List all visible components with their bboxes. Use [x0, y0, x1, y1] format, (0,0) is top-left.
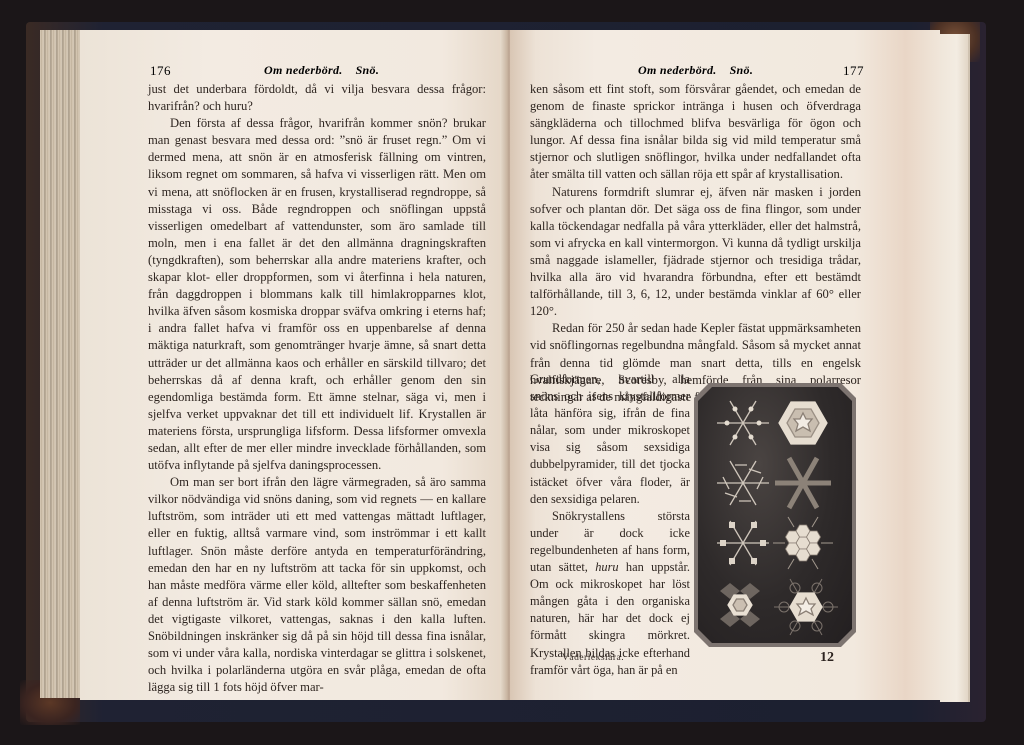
snowflake-crystals-icon — [698, 387, 852, 643]
running-head-title: Om nederbörd. — [638, 63, 717, 77]
left-page-body: just det underbara fördoldt, då vi vilja… — [148, 81, 486, 696]
footer-signature: Väderlekslära. — [562, 653, 624, 663]
right-page-number: 177 — [843, 63, 864, 79]
paragraph: just det underbara fördoldt, då vi vilja… — [148, 81, 486, 115]
running-head-title: Om nederbörd. — [264, 63, 343, 77]
left-running-head: Om nederbörd. Snö. — [264, 63, 379, 78]
paragraph: Naturens formdrift slumrar ej, äfven när… — [530, 184, 861, 321]
left-page-number: 176 — [150, 63, 171, 79]
running-head-sub: Snö. — [730, 63, 754, 77]
italic-word: huru — [595, 560, 618, 574]
footer-sheet-number: 12 — [820, 650, 834, 666]
right-page-body: ken såsom ett fint stoft, som försvårar … — [530, 81, 861, 406]
right-page-narrow-column: Grundformen, hvartill alla snöns och ise… — [530, 371, 690, 679]
page-edges-right — [940, 34, 970, 702]
running-head-sub: Snö. — [356, 63, 380, 77]
right-running-head: Om nederbörd. Snö. — [638, 63, 753, 78]
page-edges-left — [40, 30, 82, 698]
snowflake-illustration — [698, 387, 852, 643]
paragraph: Om man ser bort ifrån den lägre värmegra… — [148, 474, 486, 696]
paragraph: Grundformen, hvartill alla snöns och ise… — [530, 371, 690, 508]
paragraph: Den första af dessa frågor, hvarifrån ko… — [148, 115, 486, 474]
paragraph: ken såsom ett fint stoft, som försvårar … — [530, 81, 861, 184]
